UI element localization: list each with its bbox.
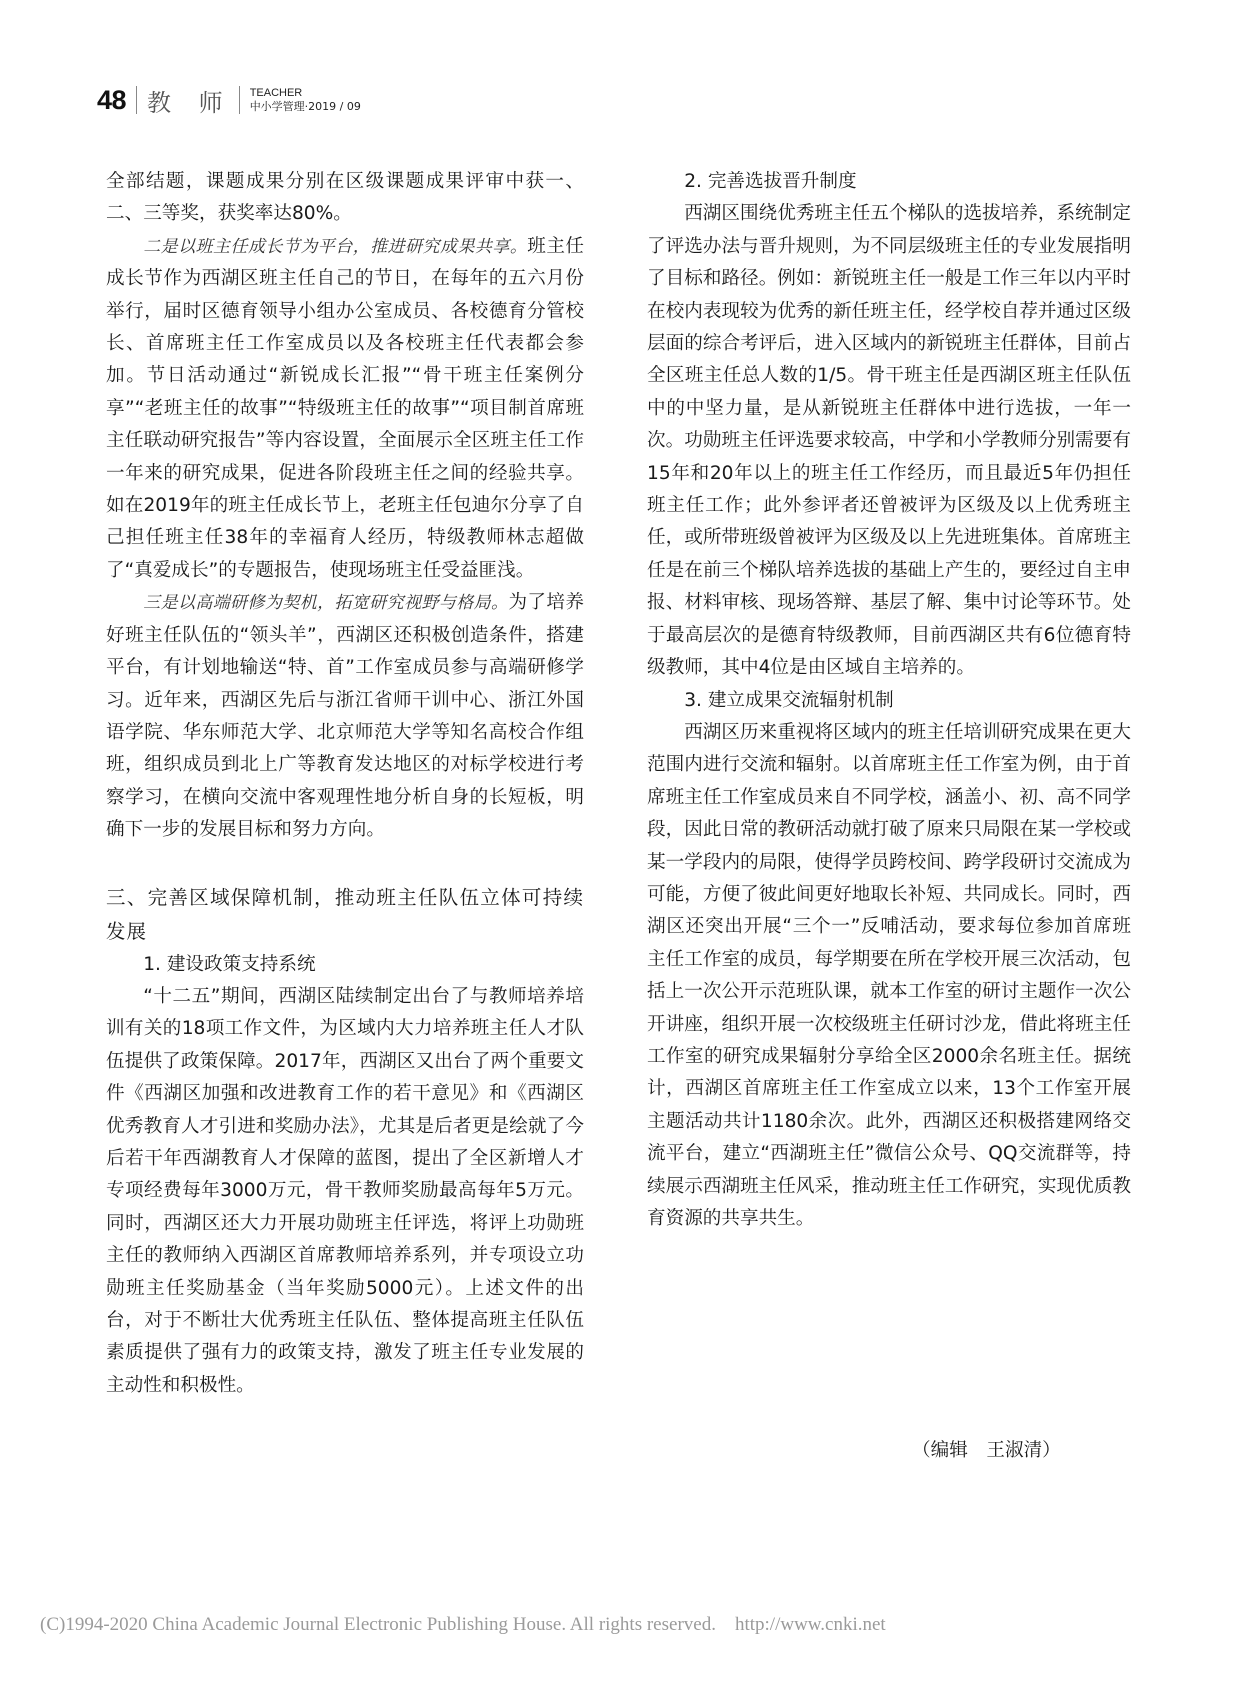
paragraph-body: 班主任成长节作为西湖区班主任自己的节日，在每年的五六月份举行，届时区德育领导小组… xyxy=(106,236,584,581)
magazine-title: 教 师 xyxy=(147,83,233,118)
copyright-footer: (C)1994-2020 China Academic Journal Elec… xyxy=(40,1614,886,1636)
paragraph: 三是以高端研修为契机，拓宽研究视野与格局。为了培养好班主任队伍的“领头羊”，西湖… xyxy=(106,587,584,846)
subsection-heading: 1. 建设政策支持系统 xyxy=(106,949,584,981)
paragraph-body: 为了培养好班主任队伍的“领头羊”，西湖区还积极创造条件，搭建平台，有计划地输送“… xyxy=(106,592,584,840)
paragraph: 全部结题，课题成果分别在区级课题成果评审中获一、二、三等奖，获奖率达80%。 xyxy=(106,166,584,231)
subsection-heading: 2. 完善选拔晋升制度 xyxy=(647,166,1131,198)
right-column: 2. 完善选拔晋升制度 西湖区围绕优秀班主任五个梯队的选拔培养，系统制定了评选办… xyxy=(647,166,1131,1235)
header-divider xyxy=(136,86,137,114)
header-divider xyxy=(239,86,240,114)
left-column: 全部结题，课题成果分别在区级课题成果评审中获一、二、三等奖，获奖率达80%。 二… xyxy=(106,166,584,1402)
editor-credit: （编辑 王淑清） xyxy=(912,1436,1061,1462)
paragraph: “十二五”期间，西湖区陆续制定出台了与教师培养培训有关的18项工作文件，为区域内… xyxy=(106,981,584,1402)
page-number: 48 xyxy=(97,85,126,116)
subsection-heading: 3. 建立成果交流辐射机制 xyxy=(647,685,1131,717)
paragraph: 西湖区历来重视将区域内的班主任培训研究成果在更大范围内进行交流和辐射。以首席班主… xyxy=(647,717,1131,1236)
section-heading: 三、完善区域保障机制，推动班主任队伍立体可持续发展 xyxy=(106,881,584,949)
magazine-subtitle: TEACHER 中小学管理·2019 / 09 xyxy=(250,87,361,113)
paragraph: 西湖区围绕优秀班主任五个梯队的选拔培养，系统制定了评选办法与晋升规则，为不同层级… xyxy=(647,198,1131,684)
magazine-subtitle-en: TEACHER xyxy=(250,87,361,100)
paragraph-lead: 二是以班主任成长节为平台，推进研究成果共享。 xyxy=(143,237,527,257)
paragraph-lead: 三是以高端研修为契机，拓宽研究视野与格局。 xyxy=(143,593,508,613)
page-header: 48 教 师 TEACHER 中小学管理·2019 / 09 xyxy=(97,82,361,118)
paragraph: 二是以班主任成长节为平台，推进研究成果共享。班主任成长节作为西湖区班主任自己的节… xyxy=(106,231,584,587)
magazine-issue: 中小学管理·2019 / 09 xyxy=(250,100,361,113)
